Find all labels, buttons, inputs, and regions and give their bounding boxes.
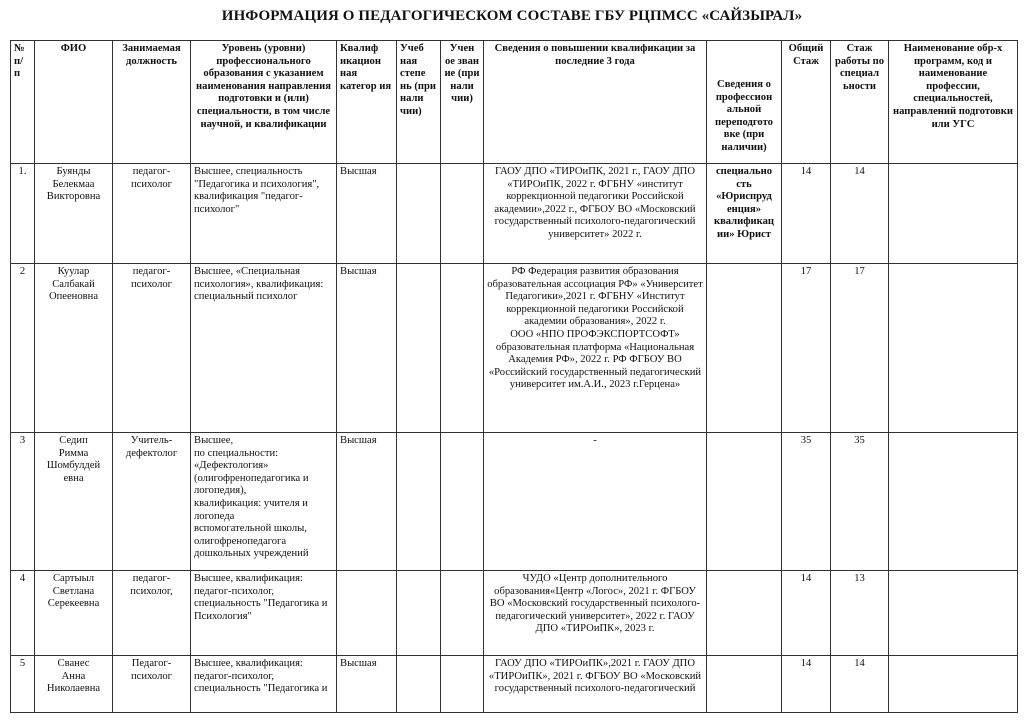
cell-position: Педагог- психолог [113,656,191,713]
header-name: ФИО [35,41,113,164]
header-spec-exp: Стаж работы по специал ьности [831,41,889,164]
table-row: 1. Буянды Белекмаа Викторовна педагог- п… [11,164,1018,264]
header-position: Занимаемая должность [113,41,191,164]
cell-education: Высшее, квалификация: педагог-психолог, … [191,656,337,713]
cell-position: педагог- психолог, [113,571,191,656]
cell-spec-exp: 14 [831,164,889,264]
header-retraining: Сведения о профессион альной переподгото… [707,41,782,164]
cell-rank [441,433,484,571]
cell-num: 3 [11,433,35,571]
cell-name: Сванес Анна Николаевна [35,656,113,713]
cell-rank [441,164,484,264]
cell-retraining [707,264,782,433]
cell-name: Сартыыл Светлана Серекеевна [35,571,113,656]
cell-education: Высшее, специальность "Педагогика и псих… [191,164,337,264]
header-education: Уровень (уровни) профессионального образ… [191,41,337,164]
header-training: Сведения о повышении квалификации за пос… [484,41,707,164]
document-title: ИНФОРМАЦИЯ О ПЕДАГОГИЧЕСКОМ СОСТАВЕ ГБУ … [0,8,1024,25]
cell-training: ЧУДО «Центр дополнительного образования«… [484,571,707,656]
cell-training: ГАОУ ДПО «ТИРОиПК»,2021 г. ГАОУ ДПО «ТИР… [484,656,707,713]
cell-position: педагог- психолог [113,164,191,264]
cell-degree [397,164,441,264]
cell-num: 4 [11,571,35,656]
header-degree: Учеб ная степе нь (при нали чии) [397,41,441,164]
cell-rank [441,264,484,433]
cell-retraining [707,433,782,571]
cell-rank [441,571,484,656]
cell-total-exp: 14 [782,571,831,656]
header-total-exp: Общий Стаж [782,41,831,164]
cell-retraining: специально сть «Юриспруд енция» квалифик… [707,164,782,264]
cell-total-exp: 14 [782,164,831,264]
cell-education: Высшее, по специальности: «Дефектология»… [191,433,337,571]
cell-education: Высшее, квалификация: педагог-психолог, … [191,571,337,656]
cell-category: Высшая [337,264,397,433]
cell-category: Высшая [337,656,397,713]
cell-retraining [707,656,782,713]
header-category: Квалиф икацион ная категор ия [337,41,397,164]
cell-education: Высшее, «Специальная психология», квалиф… [191,264,337,433]
cell-name: Куулар Салбакай Опееновна [35,264,113,433]
table-row: 5 Сванес Анна Николаевна Педагог- психол… [11,656,1018,713]
cell-name: Седип Римма Шомбулдей евна [35,433,113,571]
cell-spec-exp: 35 [831,433,889,571]
cell-programs [889,571,1018,656]
header-num: № п/ п [11,41,35,164]
cell-num: 1. [11,164,35,264]
cell-degree [397,433,441,571]
cell-programs [889,656,1018,713]
cell-category: Высшая [337,164,397,264]
cell-degree [397,656,441,713]
table-row: 3 Седип Римма Шомбулдей евна Учитель- де… [11,433,1018,571]
cell-training: РФ Федерация развития образования образо… [484,264,707,433]
cell-training: ГАОУ ДПО «ТИРОиПК, 2021 г., ГАОУ ДПО «ТИ… [484,164,707,264]
cell-programs [889,264,1018,433]
staff-table: № п/ п ФИО Занимаемая должность Уровень … [10,40,1018,713]
cell-name: Буянды Белекмаа Викторовна [35,164,113,264]
header-retraining-text: Сведения о профессион альной переподгото… [710,79,778,155]
cell-total-exp: 17 [782,264,831,433]
header-rank: Учен ое зван ие (при нали чии) [441,41,484,164]
table-row: 4 Сартыыл Светлана Серекеевна педагог- п… [11,571,1018,656]
table-row: 2 Куулар Салбакай Опееновна педагог- пси… [11,264,1018,433]
cell-category [337,571,397,656]
cell-spec-exp: 17 [831,264,889,433]
cell-spec-exp: 14 [831,656,889,713]
cell-retraining [707,571,782,656]
cell-degree [397,571,441,656]
cell-programs [889,164,1018,264]
cell-num: 2 [11,264,35,433]
cell-total-exp: 14 [782,656,831,713]
cell-degree [397,264,441,433]
header-programs: Наименование обр-х программ, код и наиме… [889,41,1018,164]
cell-spec-exp: 13 [831,571,889,656]
cell-training: - [484,433,707,571]
cell-num: 5 [11,656,35,713]
cell-rank [441,656,484,713]
cell-category: Высшая [337,433,397,571]
table-header-row: № п/ п ФИО Занимаемая должность Уровень … [11,41,1018,164]
cell-programs [889,433,1018,571]
cell-total-exp: 35 [782,433,831,571]
cell-position: Учитель- дефектолог [113,433,191,571]
cell-position: педагог- психолог [113,264,191,433]
